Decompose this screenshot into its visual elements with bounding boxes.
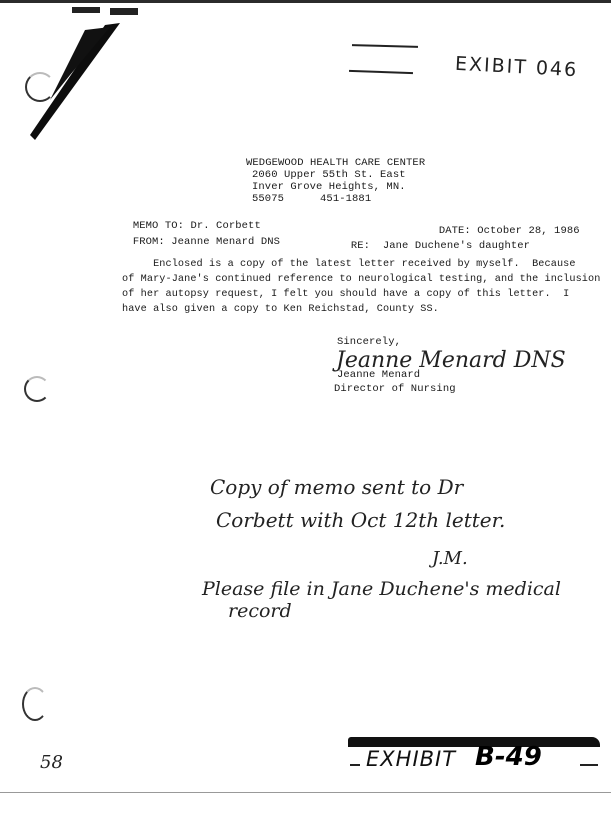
- margin-note: 58: [40, 752, 63, 773]
- punch-hole-mark: [22, 687, 48, 721]
- scan-bottom-edge: [0, 792, 611, 793]
- exhibit-stamp-dash: [350, 764, 360, 766]
- letterhead-street: 2060 Upper 55th St. East: [246, 169, 425, 181]
- handwritten-note-line: Copy of memo sent to Dr: [210, 475, 463, 499]
- handwritten-initials: J.M.: [432, 548, 468, 569]
- handwritten-note-line: Corbett with Oct 12th letter.: [216, 508, 505, 532]
- letterhead-zip: 55075: [252, 193, 284, 205]
- handwritten-note-line: Please file in Jane Duchene's medical: [202, 578, 561, 600]
- letterhead-city: Inver Grove Heights, MN.: [246, 181, 425, 193]
- closing-salutation: Sincerely,: [337, 336, 401, 348]
- exhibit-stamp-bottom-label: EXHIBIT: [366, 747, 456, 771]
- signer-title: Director of Nursing: [334, 383, 456, 395]
- punch-hole-mark: [24, 376, 50, 402]
- letterhead-org: WEDGEWOOD HEALTH CARE CENTER: [246, 157, 425, 169]
- body-line: have also given a copy to Ken Reichstad,…: [122, 302, 552, 317]
- handwritten-stroke: [349, 70, 413, 74]
- memo-from-row: FROM: Jeanne Menard DNS: [120, 224, 280, 248]
- body-line: Enclosed is a copy of the latest letter …: [122, 257, 552, 272]
- handwritten-note-line: record: [228, 600, 292, 622]
- body-line: of her autopsy request, I felt you shoul…: [122, 287, 552, 302]
- memo-body: Enclosed is a copy of the latest letter …: [122, 257, 552, 317]
- signer-name: Jeanne Menard: [337, 369, 420, 381]
- memo-re-label: RE:: [351, 240, 370, 252]
- letterhead-phone: 451-1881: [320, 193, 371, 205]
- handwritten-stroke: [352, 44, 418, 47]
- body-line: of Mary-Jane's continued reference to ne…: [122, 272, 552, 287]
- letterhead-zip-phone: 55075 451-1881: [246, 193, 425, 205]
- memo-re-value: Jane Duchene's daughter: [383, 240, 530, 252]
- exhibit-stamp-bottom-number: B-49: [475, 742, 542, 772]
- exhibit-stamp-top: EXIBIT 046: [455, 53, 579, 81]
- memo-from-label: FROM:: [133, 236, 165, 248]
- exhibit-stamp-dash: [580, 764, 598, 766]
- letterhead: WEDGEWOOD HEALTH CARE CENTER 2060 Upper …: [246, 157, 425, 205]
- punch-hole-mark: [25, 72, 55, 102]
- exhibit-stamp-bar: [348, 737, 600, 747]
- memo-re-row: RE: Jane Duchene's daughter: [338, 228, 530, 252]
- scan-top-edge: [0, 0, 611, 3]
- memo-from-value: Jeanne Menard DNS: [171, 236, 280, 248]
